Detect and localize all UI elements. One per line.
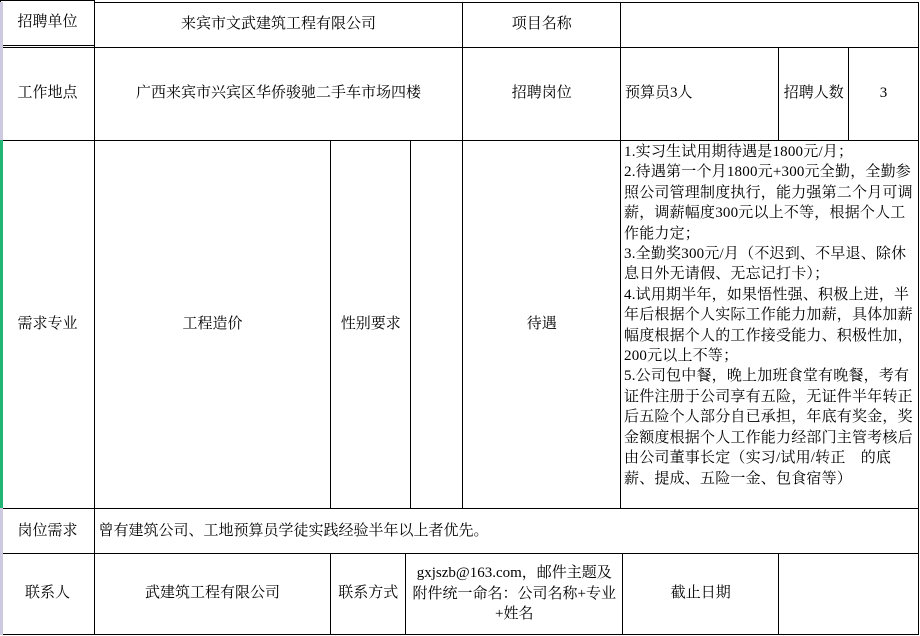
left-edge-highlight-line: [0, 140, 3, 508]
left-edge-line-bottom: [0, 508, 3, 635]
post-requirement-value-cell: 曾有建筑公司、工地预算员学徒实践经验半年以上者优先。: [94, 508, 919, 555]
contact-method-value-cell: gxjszb@163.com，邮件主题及附件统一命名：公司名称+专业+姓名: [405, 553, 624, 635]
contact-value-cell: 武建筑工程有限公司: [94, 553, 332, 635]
required-major-label-cell: 需求专业: [0, 140, 95, 510]
recruit-post-value-cell: 预算员3人: [620, 47, 780, 142]
gender-requirement-label-cell: 性别要求: [330, 140, 412, 510]
project-name-label-cell: 项目名称: [462, 2, 622, 48]
recruit-unit-label-cell: 招聘单位: [0, 0, 95, 46]
deadline-value-cell: [778, 553, 919, 635]
salary-value-cell: 1.实习生试用期待遇是1800元/月； 2.待遇第一个月1800元+300元全勤…: [620, 140, 919, 510]
contact-label-cell: 联系人: [0, 553, 95, 635]
work-location-value-cell: 广西来宾市兴宾区华侨骏驰二手车市场四楼: [94, 47, 464, 142]
project-name-value-cell: [620, 2, 919, 48]
required-major-value-cell: 工程造价: [94, 140, 332, 510]
contact-method-label-cell: 联系方式: [330, 553, 407, 635]
recruit-unit-value-cell: 来宾市文武建筑工程有限公司: [94, 2, 464, 48]
deadline-label-cell: 截止日期: [622, 553, 780, 635]
recruit-count-label-cell: 招聘人数: [778, 47, 850, 142]
left-edge-line-top: [0, 2, 3, 140]
post-requirement-label-cell: 岗位需求: [0, 508, 95, 555]
salary-label-cell: 待遇: [462, 140, 622, 510]
gender-requirement-value-cell: [410, 140, 464, 510]
recruit-post-label-cell: 招聘岗位: [462, 47, 622, 142]
work-location-label-cell: 工作地点: [0, 47, 95, 142]
recruit-count-value-cell: 3: [848, 47, 919, 142]
recruitment-table-page: 招聘单位 来宾市文武建筑工程有限公司 项目名称 工作地点 广西来宾市兴宾区华侨骏…: [0, 0, 920, 636]
